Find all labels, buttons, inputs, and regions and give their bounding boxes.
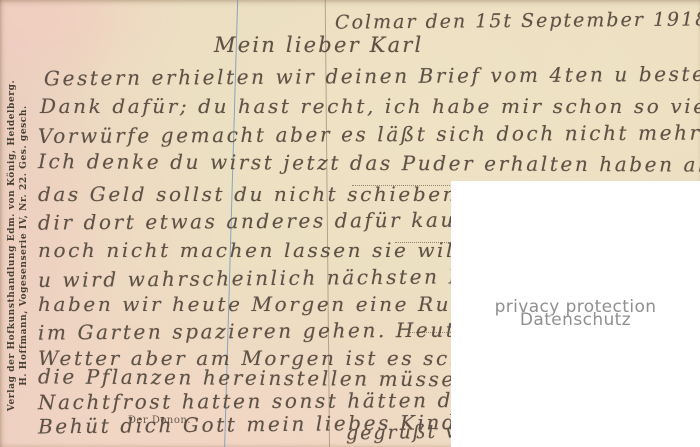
- handwriting-line: dir dort etwas anderes dafür kaufen: [38, 207, 496, 234]
- handwriting-line: Gestern erhielten wir deinen Brief vom 4…: [44, 62, 700, 91]
- handwritten-salutation: Mein lieber Karl: [214, 33, 423, 57]
- privacy-overlay: privacy protection Datenschutz: [451, 181, 700, 447]
- handwriting-line: haben wir heute Morgen eine Runde: [38, 292, 496, 316]
- postcard-scan: Colmar den 15t September 1918 Mein liebe…: [0, 0, 700, 447]
- handwriting-line: Vorwürfe gemacht aber es läßt sich doch …: [38, 120, 700, 148]
- handwriting-line: im Garten spazieren gehen. Heute f: [38, 317, 490, 344]
- publisher-imprint-line2: H. Hoffmann, Vogesenserie IV, Nr. 22. Ge…: [19, 53, 31, 438]
- handwriting-line: noch nicht machen lassen sie will w: [38, 238, 493, 262]
- handwritten-dateline: Colmar den 15t September 1918: [335, 8, 700, 33]
- handwriting-line: u wird wahrscheinlich nächsten Mon: [38, 264, 502, 292]
- publisher-imprint: Verlag der Hofkunsthandlung Edm. von Kön…: [7, 53, 30, 438]
- handwriting-line: Ich denke du wirst jetzt das Puder erhal…: [38, 149, 700, 177]
- handwriting-line: Dank dafür; du hast recht, ich habe mir …: [40, 94, 700, 118]
- publisher-imprint-line1: Verlag der Hofkunsthandlung Edm. von Kön…: [7, 53, 19, 438]
- printed-caption: Der Donon.: [128, 415, 191, 426]
- privacy-overlay-text-de: Datenschutz: [520, 314, 631, 328]
